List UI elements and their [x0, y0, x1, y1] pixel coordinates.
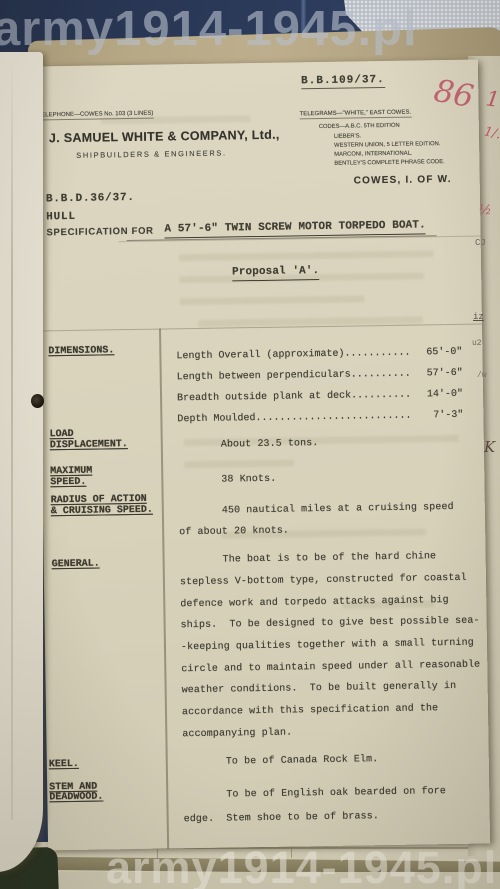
codes-title: CODES—A.B.C. 5TH EDITION: [319, 124, 400, 131]
dimension-value: 57'-6": [427, 368, 463, 380]
section-heading-maximum: MAXIMUM: [50, 467, 92, 478]
bleed-through-text: [179, 250, 434, 261]
place-line: COWES, I. OF W.: [354, 175, 452, 187]
edge-fragment: 1/.: [483, 124, 500, 142]
section-heading-displacement: DISPLACEMENT.: [50, 440, 128, 451]
body-line: ships. To be designed to give best possi…: [181, 617, 480, 632]
handwritten-archive-number: 86: [431, 73, 476, 115]
bleed-through-text: [184, 459, 294, 468]
section-heading-deadwood: DEADWOOD.: [49, 793, 103, 804]
dimension-row: Depth Moulded.......................... …: [177, 410, 463, 425]
body-line: To be of Canada Rock Elm.: [226, 755, 379, 767]
overlapping-page-left: [0, 52, 43, 872]
dimension-row: Length between perpendiculars.......... …: [177, 368, 463, 383]
dimension-row: Length Overall (approximate)........... …: [176, 347, 462, 362]
overlay-page-crease: [11, 60, 13, 820]
edge-fragment: K: [484, 438, 495, 456]
body-line: defence work and torpedo attacks against…: [180, 596, 449, 610]
edge-fragment: CJ: [475, 238, 486, 248]
section-heading-general: GENERAL.: [52, 560, 100, 571]
dimension-label: Length Overall (approximate)...........: [176, 348, 410, 363]
telegrams-line: TELEGRAMS—"WHITE," EAST COWES.: [300, 110, 412, 120]
body-line: weather conditions. To be built generall…: [182, 682, 457, 696]
section-heading-keel: KEEL.: [49, 760, 79, 770]
dimension-label: Depth Moulded..........................: [177, 411, 411, 426]
body-line: 450 nautical miles at a cruising speed: [222, 503, 454, 517]
section-heading-speed: SPEED.: [50, 478, 86, 489]
dimension-row: Breadth outside plank at deck.......... …: [177, 389, 463, 404]
body-line: accordance with this specification and t…: [182, 704, 438, 718]
document-section: HULL: [46, 212, 76, 223]
dimension-label: Breadth outside plank at deck..........: [177, 390, 411, 405]
bleed-through-text: [180, 295, 365, 305]
file-reference: B.B.109/37.: [301, 75, 385, 89]
code-item: BENTLEY'S COMPLETE PHRASE CODE.: [334, 160, 444, 168]
proposal-title: Proposal 'A'.: [232, 266, 319, 281]
punch-hole: [31, 394, 44, 408]
bottom-page-stack: [0, 872, 500, 889]
company-subtitle: SHIPBUILDERS & ENGINEERS.: [76, 149, 227, 159]
section-heading-cruising: & CRUISING SPEED.: [51, 506, 153, 518]
body-line: edge. Stem shoe to be of brass.: [184, 812, 379, 825]
dimension-value: 65'-0": [426, 347, 462, 359]
code-item: LIEBER'S.: [334, 134, 361, 140]
body-line: About 23.5 tons.: [221, 439, 319, 451]
spec-label: SPECIFICATION FOR: [46, 227, 153, 238]
body-line: -keeping qualities together with a small…: [181, 639, 474, 654]
body-line: stepless V-bottom type, constructed for …: [180, 574, 467, 589]
company-name: J. SAMUEL WHITE & COMPANY, Ltd.,: [49, 129, 280, 145]
margin-rule: [159, 329, 169, 849]
edge-fragment: ½: [479, 203, 492, 218]
body-line: circle and to maintain speed under all r…: [181, 661, 480, 676]
section-heading-dimensions: DIMENSIONS.: [48, 346, 114, 357]
edge-fragment: 10: [484, 86, 500, 113]
dimension-value: 14'-0": [427, 389, 463, 401]
body-line: The boat is to be of the hard chine: [223, 552, 437, 565]
section-heading-load: LOAD: [50, 430, 74, 440]
dimension-value: 7'-3": [433, 410, 463, 421]
body-line: 38 Knots.: [221, 475, 276, 486]
edge-fragment: iz: [473, 312, 484, 322]
photographed-document: B.B.109/37. TELEPHONE—COWES No. 103 (3 L…: [0, 0, 500, 889]
edge-fragment: /w: [477, 371, 487, 380]
body-line: of about 20 knots.: [179, 527, 289, 539]
specification-page: B.B.109/37. TELEPHONE—COWES No. 103 (3 L…: [36, 60, 490, 851]
code-item: MARCONI, INTERNATIONAL.: [334, 152, 412, 159]
body-line: accompanying plan.: [182, 729, 292, 741]
body-line: To be of English oak bearded on fore: [226, 787, 446, 800]
document-reference: B.B.D.36/37.: [46, 193, 135, 205]
edge-fragment: u2: [472, 339, 482, 348]
code-item: WESTERN UNION, 5 LETTER EDITION.: [334, 142, 440, 149]
dimension-label: Length between perpendiculars..........: [177, 369, 411, 384]
